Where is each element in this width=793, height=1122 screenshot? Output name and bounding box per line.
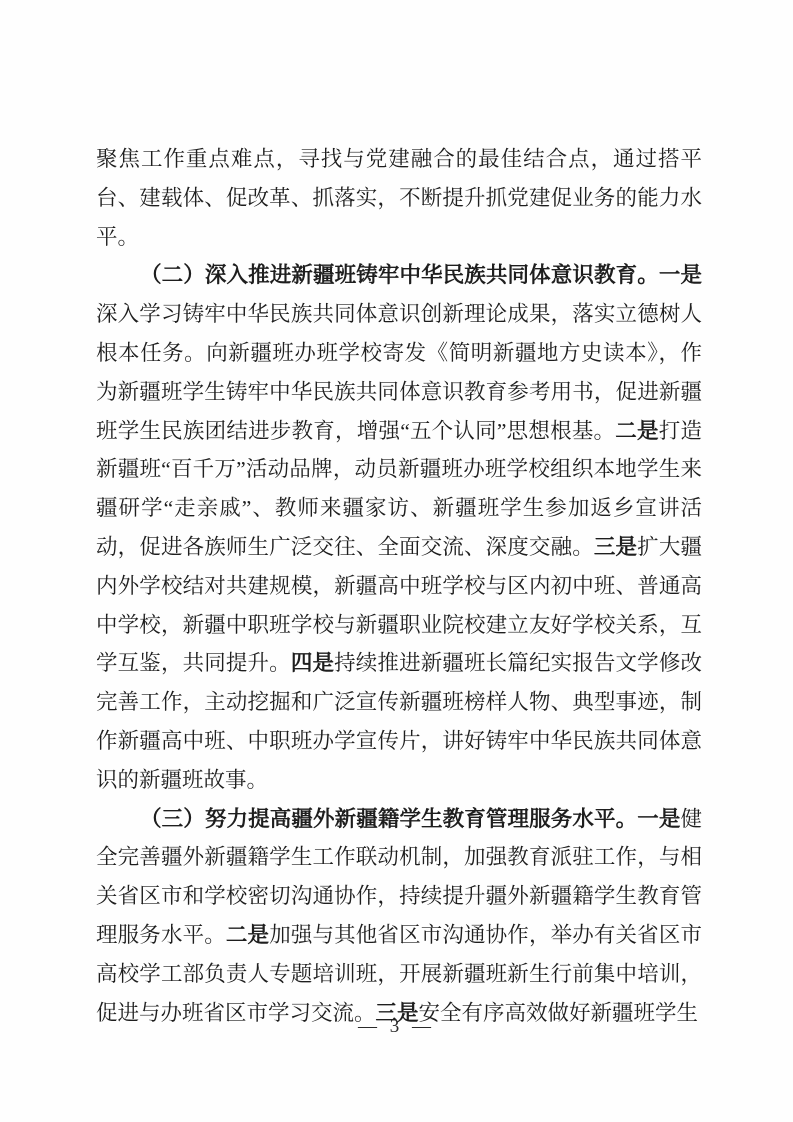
body-text: 深入学习铸牢中华民族共同体意识创新理论成果，落实立德树人根本任务。向新疆班办班学…: [96, 302, 702, 442]
emphasis-text: 三是: [594, 535, 637, 559]
document-body: 聚焦工作重点难点，寻找与党建融合的最佳结合点，通过搭平台、建载体、促改革、抓落实…: [96, 140, 702, 1032]
document-page: 聚焦工作重点难点，寻找与党建融合的最佳结合点，通过搭平台、建载体、促改革、抓落实…: [0, 0, 793, 1122]
paragraph: 聚焦工作重点难点，寻找与党建融合的最佳结合点，通过搭平台、建载体、促改革、抓落实…: [96, 140, 702, 256]
body-text: 聚焦工作重点难点，寻找与党建融合的最佳结合点，通过搭平台、建载体、促改革、抓落实…: [96, 147, 702, 249]
emphasis-text: 一是: [659, 263, 702, 287]
page-footer: — 3 —: [0, 1012, 793, 1043]
page-number: — 3 —: [358, 1016, 435, 1037]
emphasis-text: 二是: [615, 419, 658, 443]
paragraph: （三）努力提高疆外新疆籍学生教育管理服务水平。一是健全完善疆外新疆籍学生工作联动…: [96, 800, 702, 1033]
paragraph: （二）深入推进新疆班铸牢中华民族共同体意识教育。一是深入学习铸牢中华民族共同体意…: [96, 256, 702, 799]
emphasis-text: 一是: [637, 807, 680, 831]
emphasis-text: （二）深入推进新疆班铸牢中华民族共同体意识教育。: [140, 263, 659, 287]
emphasis-text: （三）努力提高疆外新疆籍学生教育管理服务水平。: [140, 807, 637, 831]
emphasis-text: 二是: [226, 923, 269, 947]
emphasis-text: 四是: [291, 651, 334, 675]
